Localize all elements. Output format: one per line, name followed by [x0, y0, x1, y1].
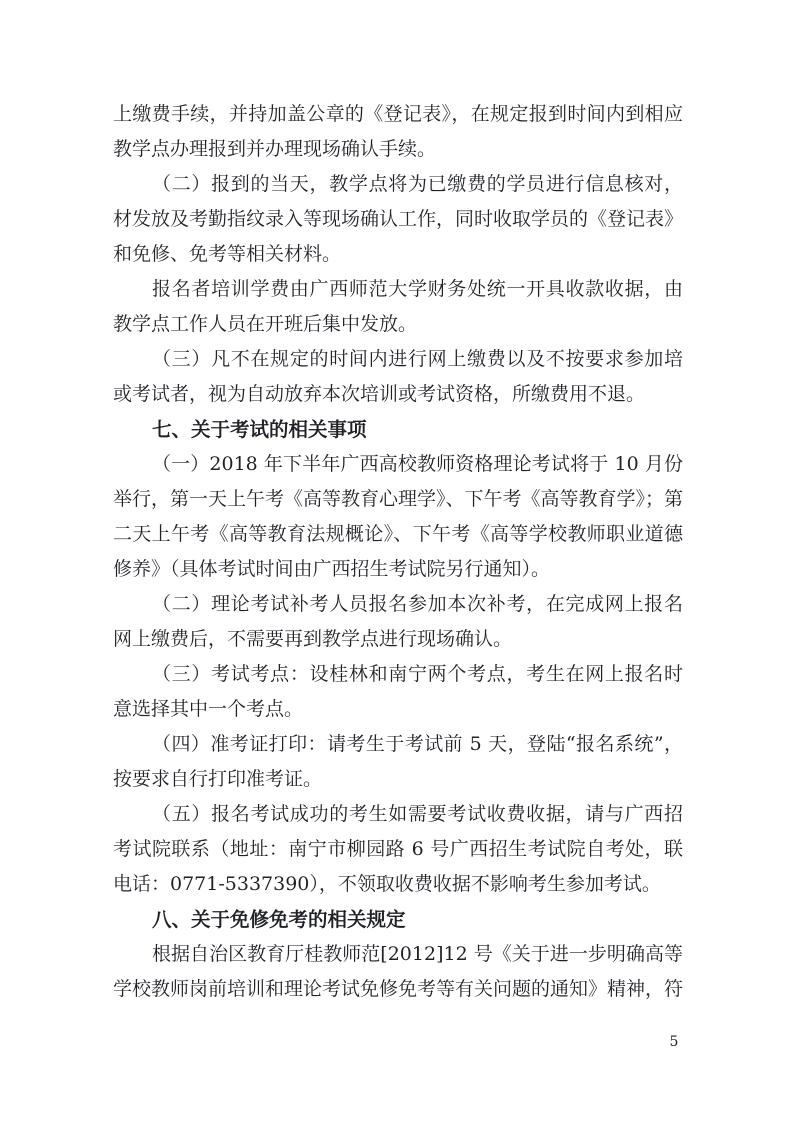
text-line: 二天上午考《高等教育法规概论》、下午考《高等学校教师职业道德	[113, 517, 683, 552]
text-line: 教学点办理报到并办理现场确认手续。	[113, 132, 683, 167]
section-heading-exemption-rules: 八、关于免修免考的相关规定	[113, 902, 683, 937]
document-body: 上缴费手续，并持加盖公章的《登记表》，在规定报到时间内到相应 教学点办理报到并办…	[113, 97, 683, 1007]
text-line: 考试院联系（地址：南宁市柳园路 6 号广西招生考试院自考处，联系	[113, 832, 683, 867]
document-page: 上缴费手续，并持加盖公章的《登记表》，在规定报到时间内到相应 教学点办理报到并办…	[0, 0, 793, 1122]
text-line: 网上缴费后，不需要再到教学点进行现场确认。	[113, 622, 683, 657]
text-line: 材发放及考勤指纹录入等现场确认工作，同时收取学员的《登记表》	[113, 202, 683, 237]
text-line: 修养》（具体考试时间由广西招生考试院另行通知）。	[113, 552, 683, 587]
text-line: 报名者培训学费由广西师范大学财务处统一开具收款收据，由各	[113, 272, 683, 307]
text-line: （四）准考证打印：请考生于考试前 5 天，登陆“报名系统”，	[113, 727, 683, 762]
text-line: 上缴费手续，并持加盖公章的《登记表》，在规定报到时间内到相应	[113, 97, 683, 132]
text-line: 举行，第一天上午考《高等教育心理学》、下午考《高等教育学》；第	[113, 482, 683, 517]
text-line: 和免修、免考等相关材料。	[113, 237, 683, 272]
text-line: 根据自治区教育厅桂教师范[2012]12 号《关于进一步明确高等	[113, 937, 683, 972]
text-line: （二）理论考试补考人员报名参加本次补考，在完成网上报名和	[113, 587, 683, 622]
text-line: （二）报到的当天，教学点将为已缴费的学员进行信息核对，教	[113, 167, 683, 202]
text-line: （三）考试考点：设桂林和南宁两个考点，考生在网上报名时任	[113, 657, 683, 692]
text-line: 或考试者，视为自动放弃本次培训或考试资格，所缴费用不退。	[113, 377, 683, 412]
text-line: 意选择其中一个考点。	[113, 692, 683, 727]
text-line: （一）2018 年下半年广西高校教师资格理论考试将于 10 月份前	[113, 447, 683, 482]
text-line: 教学点工作人员在开班后集中发放。	[113, 307, 683, 342]
text-line: （三）凡不在规定的时间内进行网上缴费以及不按要求参加培训	[113, 342, 683, 377]
text-line: 学校教师岗前培训和理论考试免修免考等有关问题的通知》精神，符	[113, 972, 683, 1007]
text-line: 按要求自行打印准考证。	[113, 762, 683, 797]
section-heading-exam-matters: 七、关于考试的相关事项	[113, 412, 683, 447]
text-line: 电话：0771-5337390），不领取收费收据不影响考生参加考试。	[113, 867, 683, 902]
text-line: （五）报名考试成功的考生如需要考试收费收据，请与广西招生	[113, 797, 683, 832]
page-number: 5	[659, 1031, 689, 1053]
